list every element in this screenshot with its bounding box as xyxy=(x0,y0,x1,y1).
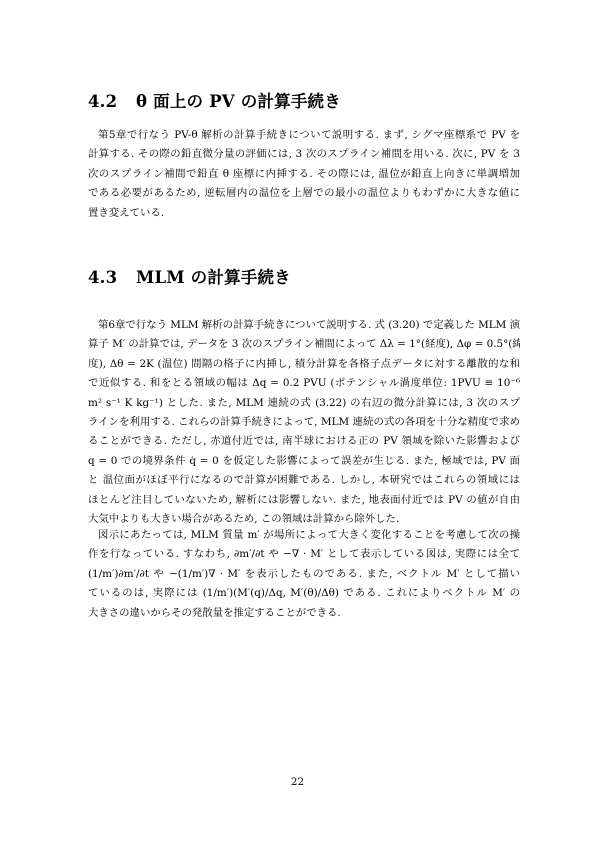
text-line: 算子 M′ の計算では, データを 3 次のスプライン補間によって Δλ = 1… xyxy=(88,335,520,354)
text-line: 置き変えている. xyxy=(88,204,520,223)
text-line: 度), Δθ = 2K (温位) 間隔の格子に内挿し, 積分計算を各格子点データ… xyxy=(88,355,520,374)
text-line: 計算する. その際の鉛直微分量の評価には, 3 次のスプライン補間を用いる. 次… xyxy=(88,145,520,164)
text-line: 大きさの違いからその発散量を推定することができる. xyxy=(88,604,520,623)
page-number: 22 xyxy=(0,776,595,788)
text-line: 第5章で行なう PV-θ 解析の計算手続きについて説明する. まず, シグマ座標… xyxy=(88,126,520,145)
section-4-3-paragraph-1: 第6章で行なう MLM 解析の計算手続きについて説明する. 式 (3.20) で… xyxy=(88,316,520,529)
section-number: 4.2 xyxy=(88,92,136,111)
text-line: ラインを利用する. これらの計算手続きによって, MLM 連続の式の各項を十分な… xyxy=(88,413,520,432)
text-line: ほとんど注目していないため, 解析には影響しない. また, 地表面付近では PV… xyxy=(88,491,520,510)
section-title: MLM の計算手続き xyxy=(136,268,291,287)
section-heading-4-2: 4.2θ 面上の PV の計算手続き xyxy=(88,88,341,112)
text-line: と 温位面がほぼ平行になるので計算が困難である. しかし, 本研究ではこれらの領… xyxy=(88,471,520,490)
text-line: 第6章で行なう MLM 解析の計算手続きについて説明する. 式 (3.20) で… xyxy=(88,316,520,335)
section-title: θ 面上の PV の計算手続き xyxy=(136,92,341,111)
section-4-2-paragraph: 第5章で行なう PV-θ 解析の計算手続きについて説明する. まず, シグマ座標… xyxy=(88,126,520,223)
text-line: m² s⁻¹ K kg⁻¹) とした. また, MLM 連続の式 (3.22) … xyxy=(88,394,520,413)
section-number: 4.3 xyxy=(88,268,136,287)
section-heading-4-3: 4.3MLM の計算手続き xyxy=(88,264,291,288)
text-line: ているのは, 実際には (1/m′)(M′(q)/Δq, M′(θ)/Δθ) で… xyxy=(88,584,520,603)
section-4-3-paragraph-2: 図示にあたっては, MLM 質量 m′ が場所によって大きく変化することを考慮し… xyxy=(88,526,520,623)
text-line: 作を行なっている. すなわち, ∂m′/∂t や −∇ · M′ として表示して… xyxy=(88,545,520,564)
text-line: ることができる. ただし, 赤道付近では, 南半球における正の PV 領域を除い… xyxy=(88,432,520,451)
document-page: 4.2θ 面上の PV の計算手続き 第5章で行なう PV-θ 解析の計算手続き… xyxy=(0,0,595,842)
text-line: q = 0 での境界条件 q̇ = 0 を仮定した影響によって誤差が生じる. ま… xyxy=(88,452,520,471)
text-line: である必要があるため, 逆転層内の温位を上層での最小の温位よりもわずかに大きな値… xyxy=(88,184,520,203)
text-line: 図示にあたっては, MLM 質量 m′ が場所によって大きく変化することを考慮し… xyxy=(88,526,520,545)
text-line: (1/m′)∂m′/∂t や −(1/m′)∇ · M′ を表示したものである.… xyxy=(88,565,520,584)
text-line: で近似する. 和をとる領域の幅は Δq = 0.2 PVU (ポテンシャル渦度単… xyxy=(88,374,520,393)
text-line: 次のスプライン補間で鉛直 θ 座標に内挿する. その際には, 温位が鉛直上向きに… xyxy=(88,165,520,184)
